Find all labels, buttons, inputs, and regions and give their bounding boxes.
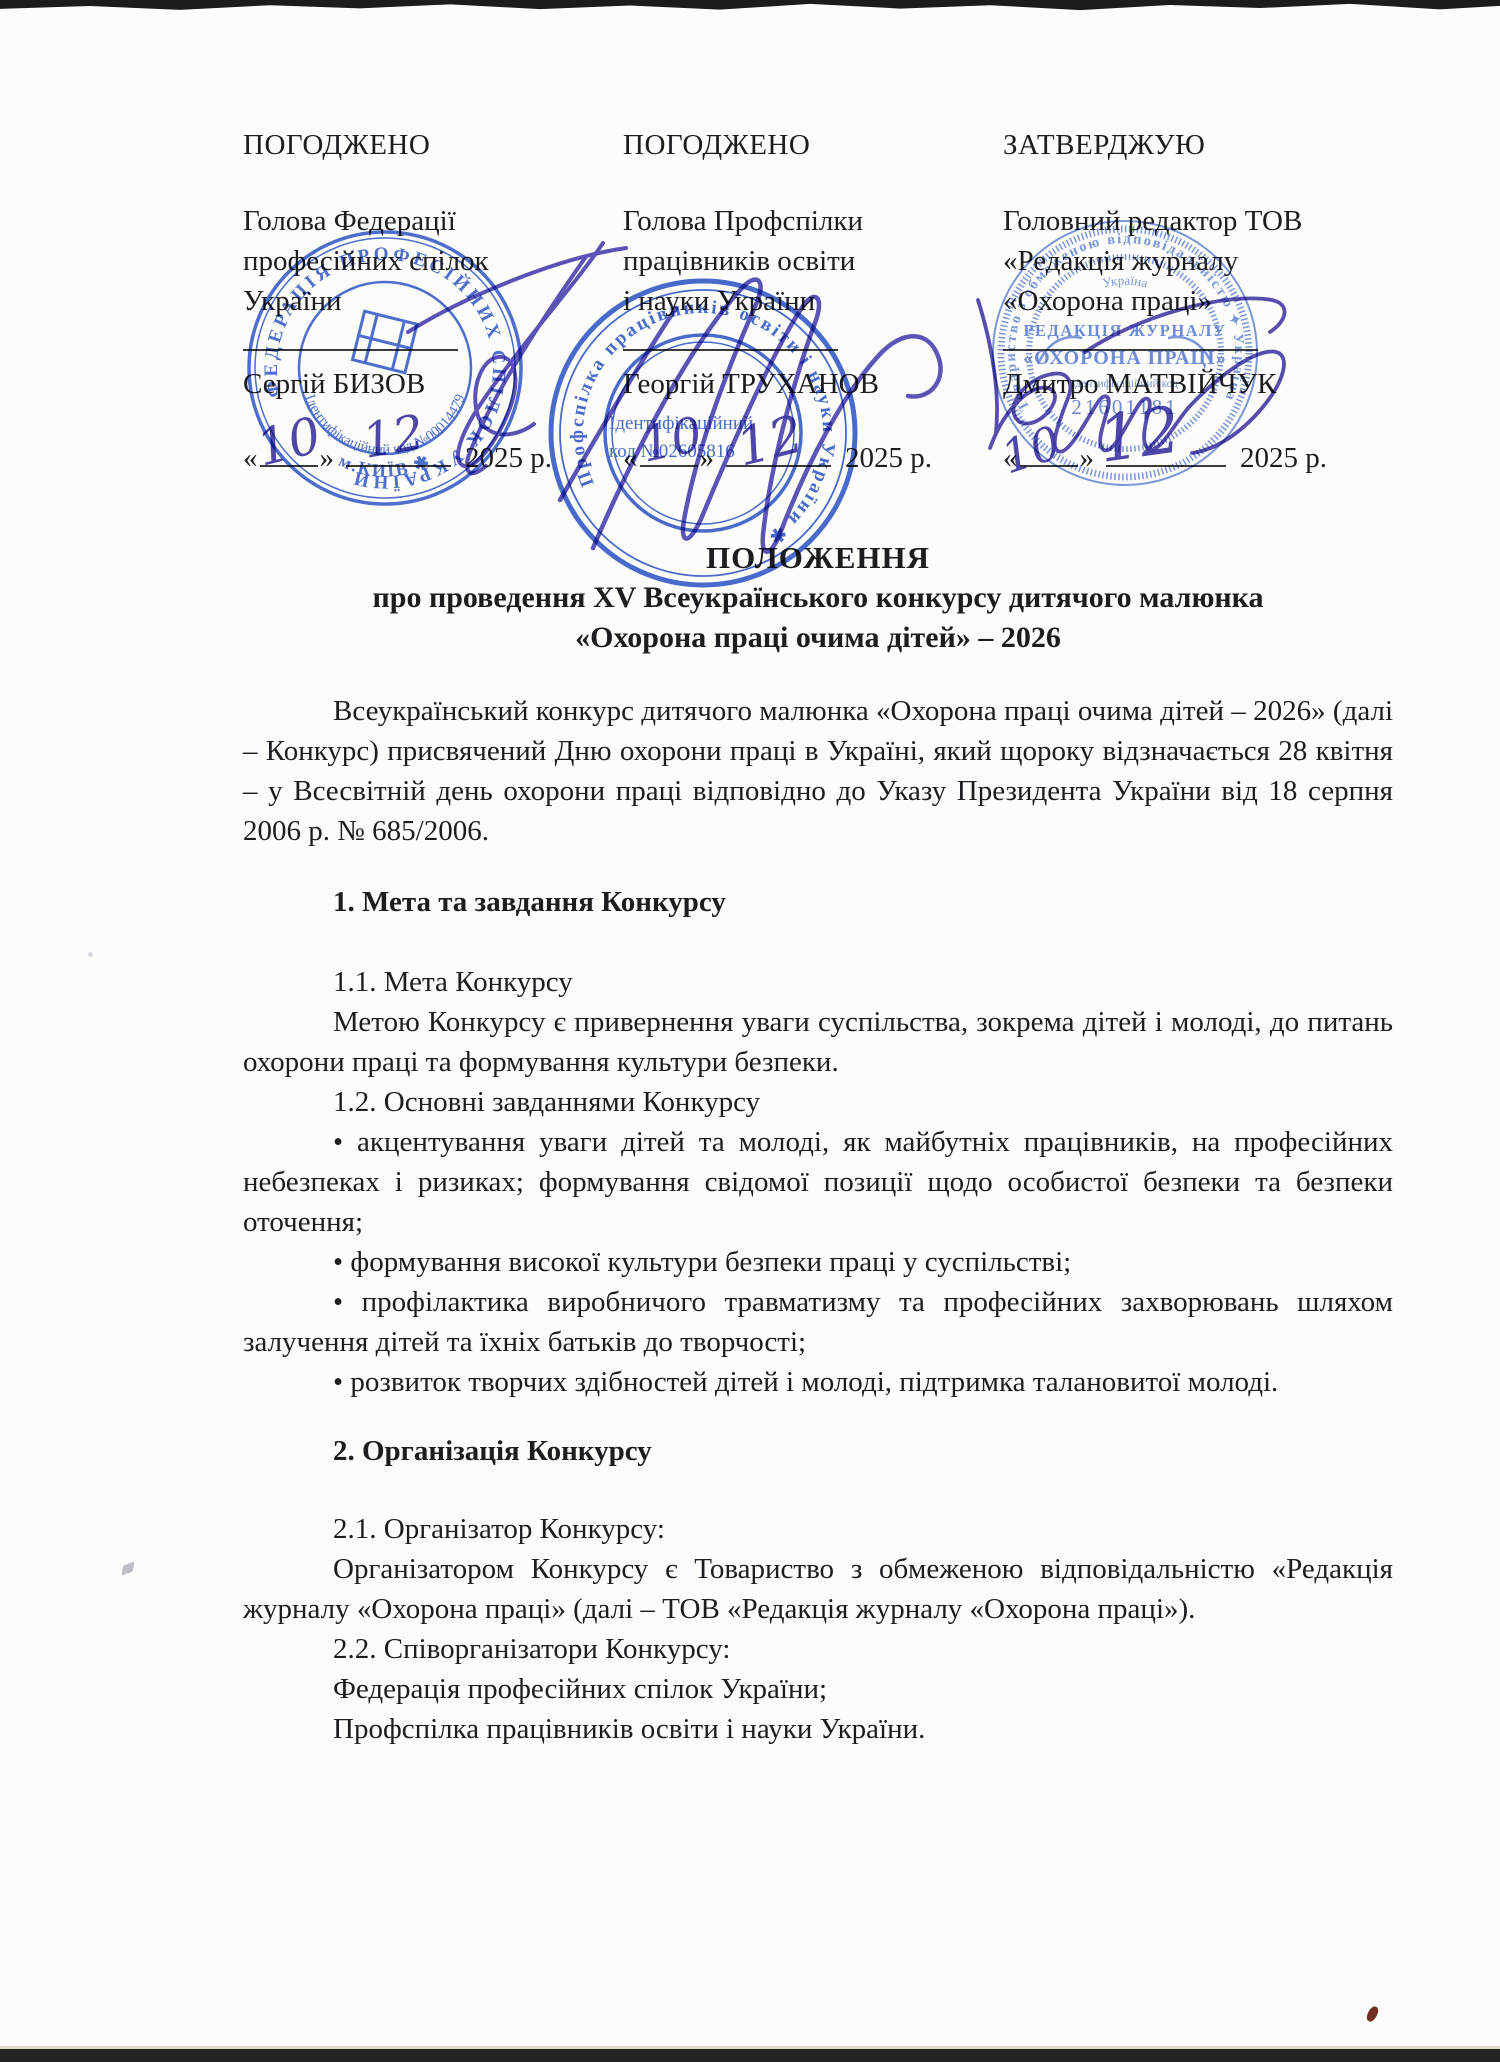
round-stamp-fpu-icon: ФЕДЕРАЦІЯ ПРОФЕСІЙНИХ СПІЛОК УКРАЇНИ м.К…: [240, 223, 530, 513]
stamp-center-line-3: ідентифікаційний код: [1072, 378, 1178, 390]
co-organizer-line: Федерація професійних спілок України;: [243, 1669, 1393, 1709]
stamp-center-line-2: «ОХОРОНА ПРАЦІ»: [1023, 347, 1227, 369]
scanned-document-page: ПОГОДЖЕНО Голова Федерації професійних с…: [0, 0, 1500, 2062]
title-line-3: «Охорона праці очима дітей» – 2026: [243, 618, 1393, 658]
approval-status: ЗАТВЕРДЖУЮ: [1003, 126, 1393, 164]
scan-speck: [1365, 2005, 1380, 2023]
item-1-2-title: 1.2. Основні завданнями Конкурсу: [243, 1082, 1393, 1122]
document-body: Всеукраїнський конкурс дитячого малюнка …: [243, 691, 1393, 1749]
item-2-1-text: Організатором Конкурсу є Товариство з об…: [243, 1549, 1393, 1629]
bullet-item: • акцентування уваги дітей та молоді, як…: [243, 1122, 1393, 1242]
scan-speck: [121, 1561, 134, 1575]
svg-text:Ідентифікаційний код №00014479: Ідентифікаційний код №00014479: [301, 392, 468, 458]
approval-status: ПОГОДЖЕНО: [243, 126, 633, 164]
stamp-arc-text: Україна: [1101, 273, 1150, 291]
role-line: Голова Профспілки: [623, 201, 1013, 241]
bullet-item: • профілактика виробничого травматизму т…: [243, 1282, 1393, 1362]
stamp-code-line-2: код №02605816: [609, 441, 735, 462]
stamp-code-line-1: Ідентифікаційний: [609, 413, 753, 434]
item-2-1-title: 2.1. Організатор Конкурсу:: [243, 1509, 1393, 1549]
round-stamp-magazine-icon: Товариство з обмеженою відповідальністю …: [986, 214, 1264, 492]
round-stamp-education-union-icon: Профспілка працівників освіти і науки Ук…: [543, 273, 863, 593]
stamp-center-line-1: РЕДАКЦІЯ ЖУРНАЛУ: [1023, 321, 1226, 340]
section-2-heading: 2. Організація Конкурсу: [243, 1431, 1393, 1471]
bullet-item: • розвиток творчих здібностей дітей і мо…: [243, 1362, 1393, 1402]
item-1-1-title: 1.1. Мета Конкурсу: [243, 962, 1393, 1002]
item-1-1-text: Метою Конкурсу є привернення уваги суспі…: [243, 1002, 1393, 1082]
stamp-code-text: Ідентифікаційний код №00014479: [301, 392, 468, 458]
bullet-item: • формування високої культури безпеки пр…: [243, 1242, 1393, 1282]
scan-edge-bottom: [0, 2046, 1500, 2062]
svg-text:Україна: Україна: [1101, 273, 1150, 291]
item-2-2-title: 2.2. Співорганізатори Конкурсу:: [243, 1629, 1393, 1669]
co-organizer-line: Профспілка працівників освіти і науки Ук…: [243, 1709, 1393, 1749]
approval-status: ПОГОДЖЕНО: [623, 126, 1013, 164]
scan-edge-top: [0, 0, 1500, 13]
intro-paragraph: Всеукраїнський конкурс дитячого малюнка …: [243, 691, 1393, 851]
stamp-center-line-4: 21601181: [1071, 395, 1178, 419]
scan-speck: [88, 952, 93, 957]
section-1-heading: 1. Мета та завдання Конкурсу: [243, 882, 1393, 922]
